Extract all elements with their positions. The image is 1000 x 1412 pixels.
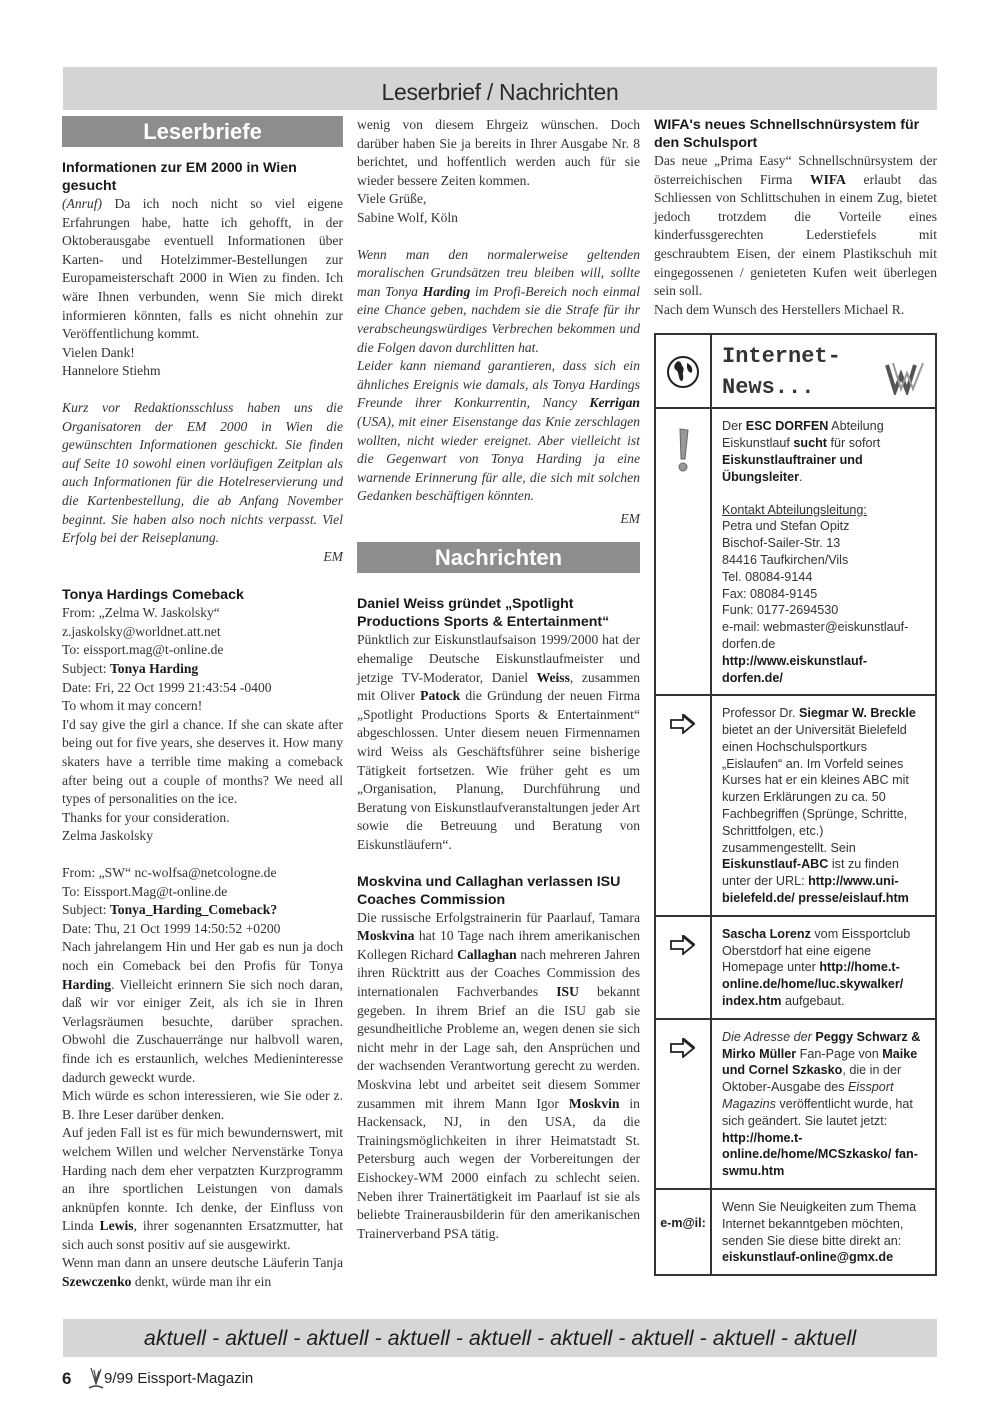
article-body: Pünktlich zur Eiskunstlaufsaison 1999/20…: [357, 631, 640, 854]
email-subject: Subject: Tonya_Harding_Comeback?: [62, 901, 343, 920]
article-body: (Anruf) Da ich noch nicht so viel eigene…: [62, 195, 343, 344]
email-address: z.jaskolsky@worldnet.att.net: [62, 623, 343, 642]
closing: Vielen Dank!: [62, 344, 343, 363]
contact-city: 84416 Taufkirchen/Vils: [722, 552, 927, 569]
name-bold: Moskvin: [569, 1096, 620, 1111]
name-bold: Moskvina: [357, 928, 414, 943]
email-to: To: eissport.mag@t-online.de: [62, 641, 343, 660]
text: bekannt gegeben. In ihrem Brief an die I…: [357, 984, 640, 1111]
text-italic: Die Adresse der: [722, 1030, 815, 1044]
source-note: (Anruf): [62, 196, 102, 211]
email-paragraph: Wenn man dann an unsere deutsche Läuferi…: [62, 1254, 343, 1291]
text: Professor Dr.: [722, 706, 799, 720]
arrow-right-icon: [656, 917, 712, 1018]
name-bold: Kerrigan: [589, 395, 640, 410]
article-body: Das neue „Prima Easy“ Schnellschnürsyste…: [654, 152, 937, 301]
name-bold: Callaghan: [457, 947, 517, 962]
text: denkt, würde man ihr ein: [131, 1274, 271, 1289]
text: aufgebaut.: [781, 994, 844, 1008]
name-bold: Harding: [423, 284, 471, 299]
column-3: WIFA's neues Schnellschnürsystem für den…: [654, 116, 937, 1276]
text: .: [799, 470, 803, 484]
globe-icon: [656, 335, 712, 407]
email-paragraph: wenig von diesem Ehrgeiz wünschen. Doch …: [357, 116, 640, 190]
subject-value: Tonya Harding: [110, 661, 198, 676]
contact-street: Bischof-Sailer-Str. 13: [722, 535, 927, 552]
page-header-band: Leserbrief / Nachrichten: [63, 67, 937, 110]
column-1: Leserbriefe Informationen zur EM 2000 in…: [62, 116, 343, 1292]
section-title: Nachrichten: [435, 545, 562, 571]
text: Wenn man dann an unsere deutsche Läuferi…: [62, 1255, 343, 1270]
email-paragraph: Auf jeden Fall ist es für mich bewundern…: [62, 1124, 343, 1254]
text: Fan-Page von: [796, 1047, 882, 1061]
email-paragraph: Mich würde es schon interessieren, wie S…: [62, 1087, 343, 1124]
text: für sofort: [827, 436, 880, 450]
email-date: Date: Fri, 22 Oct 1999 21:43:54 -0400: [62, 679, 343, 698]
section-banner-leserbriefe: Leserbriefe: [62, 116, 343, 147]
email-date: Date: Thu, 21 Oct 1999 14:50:52 +0200: [62, 920, 343, 939]
footer-banner-text: aktuell - aktuell - aktuell - aktuell - …: [144, 1326, 856, 1351]
name-bold: ISU: [556, 984, 579, 999]
article-body: Die russische Erfolgstrainerin für Paarl…: [357, 909, 640, 1244]
skate-logo-icon: [88, 1366, 104, 1392]
item-text: Professor Dr. Siegmar W. Breckle bietet …: [712, 696, 935, 915]
contact-label: Kontakt Abteilungsleitung:: [722, 502, 927, 519]
internet-news-box: Internet- News... Der ESC DORFEN Abteilu…: [654, 333, 937, 1276]
email-to: To: Eissport.Mag@t-online.de: [62, 883, 343, 902]
editor-reply: Kurz vor Redaktionsschluss haben uns die…: [62, 399, 343, 548]
subject-value: Tonya_Harding_Comeback?: [110, 902, 277, 917]
item-text: Wenn Sie Neuigkeiten zum Thema Internet …: [712, 1190, 935, 1274]
name-bold: Lewis: [100, 1218, 134, 1233]
email-from: From: „SW“ nc-wolfsa@netcologne.de: [62, 864, 343, 883]
email-closing: Viele Grüße,: [357, 190, 640, 209]
internet-news-item: e-m@il: Wenn Sie Neuigkeiten zum Thema I…: [656, 1188, 935, 1274]
email-body: I'd say give the girl a chance. If she c…: [62, 716, 343, 809]
footer-band: aktuell - aktuell - aktuell - aktuell - …: [63, 1319, 937, 1357]
item-text: Die Adresse der Peggy Schwarz & Mirko Mü…: [712, 1020, 935, 1188]
section-banner-nachrichten: Nachrichten: [357, 542, 640, 573]
name-bold: WIFA: [810, 172, 846, 187]
text: Nach jahrelangem Hin und Her gab es nun …: [62, 939, 343, 973]
text-bold: sucht: [793, 436, 827, 450]
email-link[interactable]: eiskunstlauf-online@gmx.de: [722, 1250, 893, 1264]
text: Der: [722, 419, 746, 433]
website-link[interactable]: http://www.eiskunstlauf-dorfen.de/: [722, 654, 867, 685]
text: Wenn Sie Neuigkeiten zum Thema Internet …: [722, 1200, 916, 1248]
page-number: 6: [62, 1369, 71, 1389]
arrow-right-icon: [656, 1020, 712, 1188]
article-title: Informationen zur EM 2000 in Wien gesuch…: [62, 159, 343, 195]
internet-news-item: Die Adresse der Peggy Schwarz & Mirko Mü…: [656, 1018, 935, 1188]
article-title: Tonya Hardings Comeback: [62, 586, 343, 604]
contact-email-link[interactable]: e-mail: webmaster@eiskunstlauf-dorfen.de: [722, 619, 927, 653]
name-bold: Harding: [62, 977, 111, 992]
author: Hannelore Stiehm: [62, 362, 343, 381]
subject-label: Subject:: [62, 661, 110, 676]
text: erlaubt das Schliessen von Schlittschuhe…: [654, 172, 937, 299]
internet-news-item: Sascha Lorenz vom Eissportclub Oberstdor…: [656, 915, 935, 1018]
text: bietet an der Universität Bielefeld eine…: [722, 723, 909, 855]
email-label: e-m@il:: [656, 1190, 712, 1274]
editor-reply: Wenn man den normalerweise geltenden mor…: [357, 246, 640, 358]
person-name: Siegmar W. Breckle: [799, 706, 916, 720]
email-2: From: „SW“ nc-wolfsa@netcologne.de To: E…: [62, 864, 343, 1292]
email-from: From: „Zelma W. Jaskolsky“: [62, 604, 343, 623]
contact-fax: Fax: 08084-9145: [722, 586, 927, 603]
issue-label: 9/99 Eissport-Magazin: [104, 1370, 253, 1387]
article-body: Nach dem Wunsch des Herstellers Michael …: [654, 301, 937, 320]
email-author: Sabine Wolf, Köln: [357, 209, 640, 228]
text: die Gründung der neuen Firma „Spotlight …: [357, 688, 640, 852]
name-bold: Weiss: [537, 670, 570, 685]
text-bold: Eiskunstlauftrainer und Übungsleiter: [722, 453, 863, 484]
contact-phone: Tel. 08084-9144: [722, 569, 927, 586]
internet-news-title: Internet- News...: [712, 335, 935, 407]
text: . Vielleicht erinnern Sie sich noch dara…: [62, 977, 343, 1085]
article-title: WIFA's neues Schnellschnürsystem für den…: [654, 116, 937, 152]
text: in Hackensack, NJ, in den USA, da die Tr…: [357, 1096, 640, 1241]
contact-mobile: Funk: 0177-2694530: [722, 602, 927, 619]
section-title: Leserbriefe: [143, 119, 262, 145]
email-paragraph: Nach jahrelangem Hin und Her gab es nun …: [62, 938, 343, 1087]
text: Die russische Erfolgstrainerin für Paarl…: [357, 910, 640, 925]
email-subject: Subject: Tonya Harding: [62, 660, 343, 679]
name-bold: Patock: [420, 688, 460, 703]
arrow-right-icon: [656, 696, 712, 915]
email-author: Zelma Jaskolsky: [62, 827, 343, 846]
editor-signature: EM: [62, 548, 343, 567]
exclamation-icon: [656, 409, 712, 694]
item-text: Der ESC DORFEN Abteilung Eiskunstlauf su…: [712, 409, 935, 694]
www-logo-icon: [885, 361, 925, 395]
person-name: Sascha Lorenz: [722, 927, 811, 941]
contact-name: Petra und Stefan Opitz: [722, 518, 927, 535]
internet-news-header: Internet- News...: [656, 335, 935, 407]
column-2: wenig von diesem Ehrgeiz wünschen. Doch …: [357, 116, 640, 1243]
email-closing: Thanks for your consideration.: [62, 809, 343, 828]
editor-signature: EM: [357, 510, 640, 529]
text-bold: Eiskunstlauf-ABC: [722, 857, 828, 871]
article-title: Moskvina und Callaghan verlassen ISU Coa…: [357, 873, 640, 909]
name-bold: Szewczenko: [62, 1274, 131, 1289]
item-text: Sascha Lorenz vom Eissportclub Oberstdor…: [712, 917, 935, 1018]
article-title: Daniel Weiss gründet „Spotlight Producti…: [357, 595, 640, 631]
email-1: From: „Zelma W. Jaskolsky“ z.jaskolsky@w…: [62, 604, 343, 846]
text: (USA), mit einer Eisenstange das Knie ze…: [357, 414, 640, 503]
page-title: Leserbrief / Nachrichten: [382, 79, 619, 106]
url-link[interactable]: http://home.t-online.de/home/MCSzkasko/ …: [722, 1131, 918, 1179]
email-greeting: To whom it may concern!: [62, 697, 343, 716]
org-name: ESC DORFEN: [746, 419, 829, 433]
editor-reply: Leider kann niemand garantieren, dass si…: [357, 357, 640, 506]
subject-label: Subject:: [62, 902, 110, 917]
internet-news-item: Professor Dr. Siegmar W. Breckle bietet …: [656, 694, 935, 915]
body-text: Da ich noch nicht so viel eigene Erfahru…: [62, 196, 343, 341]
internet-news-item: Der ESC DORFEN Abteilung Eiskunstlauf su…: [656, 407, 935, 694]
